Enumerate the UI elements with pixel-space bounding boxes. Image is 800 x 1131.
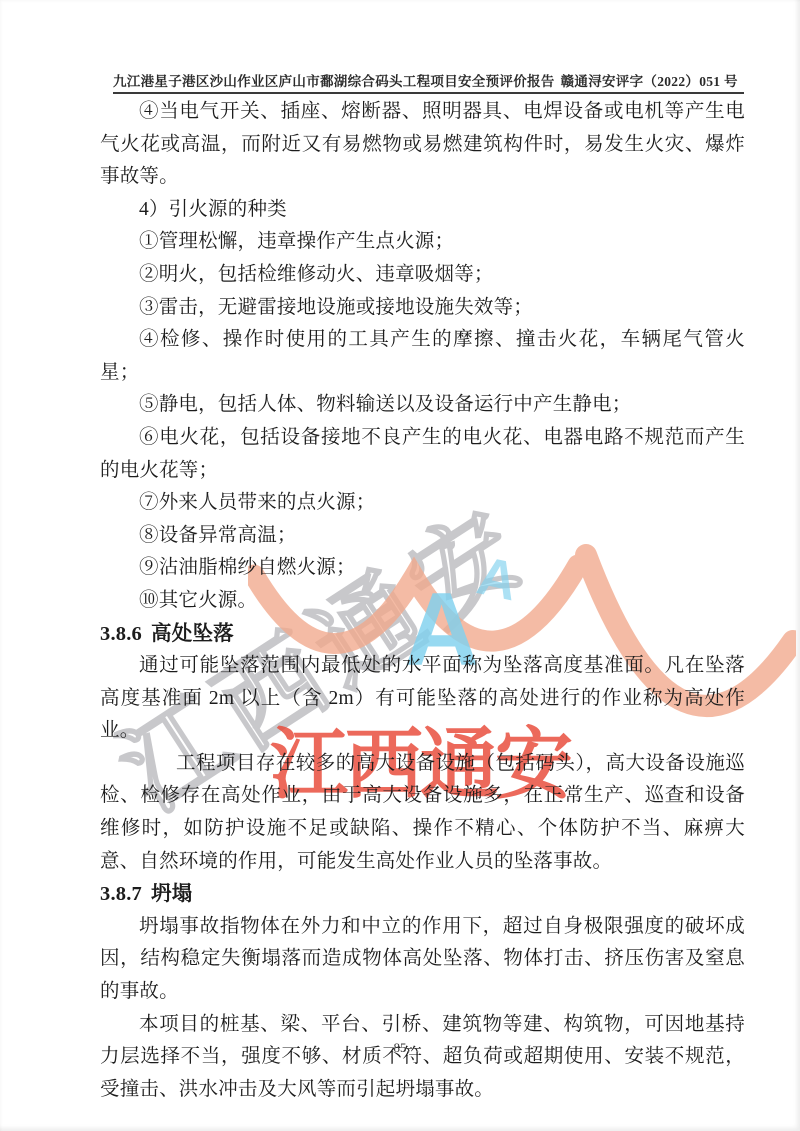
paragraph: ⑥电火花，包括设备接地不良产生的电火花、电器电路不规范而产生的电火花等； [100,422,745,487]
paragraph: ⑧设备异常高温； [100,520,745,553]
page-header: 九江港星子港区沙山作业区庐山市鄱湖综合码头工程项目安全预评价报告 赣通浔安评字（… [113,70,738,94]
document-page: 江西通安 A A 江西通安 九江港星子港区沙山作业区庐山市鄱湖综合码头工程项目安… [0,0,800,1131]
paragraph: 坍塌事故指物体在外力和中立的作用下，超过自身极限强度的破坏成因，结构稳定失衡塌落… [100,911,745,1009]
paragraph: ③雷击，无避雷接地设施或接地设施失效等； [100,292,745,325]
paragraph: ⑨沾油脂棉纱自燃火源； [100,552,745,585]
page-footer: 85 [0,1040,800,1056]
page-number: 85 [394,1040,407,1055]
header-report-title: 九江港星子港区沙山作业区庐山市鄱湖综合码头工程项目安全预评价报告 [113,70,561,94]
paragraph: 本项目的桩基、梁、平台、引桥、建筑物等建、构筑物，可因地基持力层选择不当，强度不… [100,1009,745,1107]
paragraph: ⑦外来人员带来的点火源； [100,487,745,520]
paragraph: ④当电气开关、插座、熔断器、照明器具、电焊设备或电机等产生电气火花或高温，而附近… [100,96,745,194]
paragraph: 4）引火源的种类 [100,194,745,227]
section-title: 坍塌 [151,882,192,905]
paragraph: ④检修、操作时使用的工具产生的摩擦、撞击火花，车辆尾气管火星； [100,324,745,389]
section-heading: 3.8.6高处坠落 [100,618,745,651]
paragraph: 通过可能坠落范围内最低处的水平面称为坠落高度基准面。凡在坠落高度基准面 2m 以… [100,650,745,748]
paragraph: ①管理松懈，违章操作产生点火源； [100,226,745,259]
document-body: ④当电气开关、插座、熔断器、照明器具、电焊设备或电机等产生电气火花或高温，而附近… [100,96,745,1106]
section-title: 高处坠落 [151,622,234,645]
paragraph: 工程项目存在较多的高大设备设施（包括码头），高大设备设施巡检、检修存在高处作业，… [100,748,745,878]
paragraph: ⑩其它火源。 [100,585,745,618]
header-document-number: 赣通浔安评字（2022）051 号 [561,70,744,94]
section-heading: 3.8.7坍塌 [100,878,745,911]
paragraph: ②明火，包括检维修动火、违章吸烟等； [100,259,745,292]
section-number: 3.8.6 [100,623,142,645]
section-number: 3.8.7 [100,883,142,905]
paragraph: ⑤静电，包括人体、物料输送以及设备运行中产生静电； [100,389,745,422]
